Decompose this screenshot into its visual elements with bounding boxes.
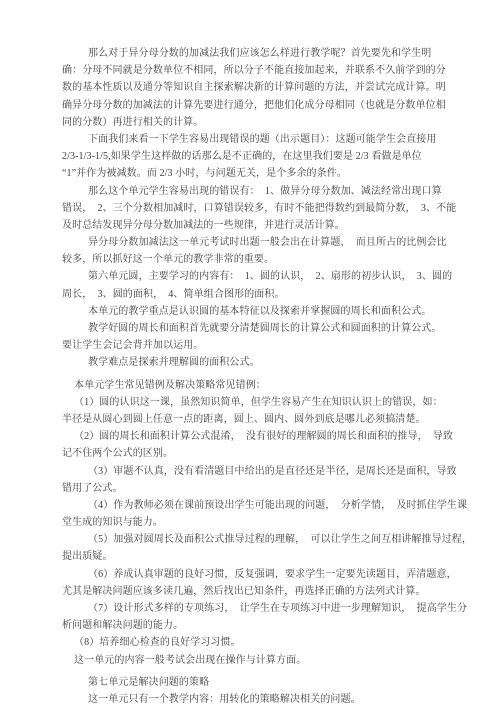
document-page: 那么对于异分母分数的加减法我们应该怎么样进行教学呢？首先要先和学生明确：分母不同… <box>0 0 500 707</box>
document-line: 那么对于异分母分数的加减法我们应该怎么样进行教学呢？首先要先和学生明 <box>62 45 450 62</box>
document-line: 教学好圆的周长和面积首先就要分清楚圆周长的计算公式和圆面积的计算公式。 <box>62 320 450 337</box>
document-line: （3）审题不认真，没有看清题目中给出的是直径还是半径，是周长还是面积，导致 <box>62 463 450 480</box>
document-line: 及时总结发现异分母分数加减法的一些规律，并进行灵活计算。 <box>62 217 450 234</box>
document-line: （1）圆的认识这一课，虽然知识简单，但学生容易产生在知识认识上的错误，如： <box>62 394 450 411</box>
document-line: 周长， 3、圆的面积， 4、简单组合图形的面积。 <box>62 286 450 303</box>
document-line: 这一单元只有一个教学内容：用转化的策略解决相关的问题。 <box>62 691 450 707</box>
document-line: 那么这个单元学生容易出现的错误有： 1、做异分母分数加、减法经常出现口算 <box>62 183 450 200</box>
document-line: 2/3-1/3-1/5,如果学生这样做的话那么是不正确的，在这里我们要是 2/3… <box>62 148 450 165</box>
document-line: 记不住两个公式的区别。 <box>62 445 450 462</box>
document-line: （8）培养细心检查的良好学习习惯。 <box>62 634 450 651</box>
document-line: 确异分母分数的加减法的计算先要进行通分，把他们化成分母相同（也就是分数单位相 <box>62 97 450 114</box>
document-line: 错误， 2、三个分数相加减时，口算错误较多，有时不能把得数约到最简分数， 3、不… <box>62 200 450 217</box>
document-line: （2）圆的周长和面积计算公式混淆， 没有很好的理解圆的周长和面积的推导， 导致 <box>62 428 450 445</box>
document-line: “1”并作为被减数。而 2/3 小时，与问题无关，是个多余的条件。 <box>62 165 450 182</box>
document-line: 析问题和解决问题的能力。 <box>62 617 450 634</box>
document-line: 第七单元是解决问题的策略 <box>62 674 450 691</box>
document-line: （5）加强对圆周长及面积公式推导过程的理解， 可以让学生之间互相讲解推导过程， <box>62 531 450 548</box>
document-line: 异分母分数加减法这一单元考试时出题一般会出在计算题， 而且所占的比例会比 <box>62 234 450 251</box>
document-line: 确：分母不同就是分数单位不相同，所以分子不能直接加起来，并联系不久前学到的分 <box>62 62 450 79</box>
document-line: 要让学生会记会背并加以运用。 <box>62 337 450 354</box>
document-line: 本单元学生常见错例及解决策略常见错例： <box>62 377 450 394</box>
document-line: （6）养成认真审题的良好习惯，反复强调，要求学生一定要先读题目，弄清题意， <box>62 566 450 583</box>
document-line: 半径是从圆心到圆上任意一点的距离，圆上、圆内、圆外到底是哪儿必须搞清楚。 <box>62 411 450 428</box>
document-line: 第六单元圆，主要学习的内容有： 1、圆的认识， 2、扇形的初步认识， 3、圆的 <box>62 268 450 285</box>
document-line: 本单元的教学重点是认识圆的基本特征以及探索并掌握圆的周长和面积公式。 <box>62 303 450 320</box>
document-line: 堂生成的知识与能力。 <box>62 514 450 531</box>
document-line: 数的基本性质以及通分等知识自主探索解决新的计算问题的方法，并尝试完成计算。明 <box>62 79 450 96</box>
document-line: 错用了公式。 <box>62 480 450 497</box>
document-line: （7）设计形式多样的专项练习， 让学生在专项练习中进一步理解知识， 提高学生分 <box>62 600 450 617</box>
document-line: 同的分数）再进行相关的计算。 <box>62 114 450 131</box>
document-line: 较多，所以抓好这一个单元的教学非常的重要。 <box>62 251 450 268</box>
document-line: （4）作为教师必须在课前预设出学生可能出现的问题， 分析学情， 及时抓住学生课 <box>62 497 450 514</box>
document-line: 教学难点是探索并理解圆的面积公式。 <box>62 354 450 371</box>
document-line: 提出质疑。 <box>62 548 450 565</box>
document-body: 那么对于异分母分数的加减法我们应该怎么样进行教学呢？首先要先和学生明确：分母不同… <box>62 45 450 707</box>
document-line: 尤其是解决问题应该多读几遍，然后找出已知条件，再选择正确的方法列式计算。 <box>62 583 450 600</box>
document-line: 这一单元的内容一般考试会出现在操作与计算方面。 <box>62 652 450 669</box>
document-line: 下面我们来看一下学生容易出现错误的题（出示题目）：这题可能学生会直接用 <box>62 131 450 148</box>
